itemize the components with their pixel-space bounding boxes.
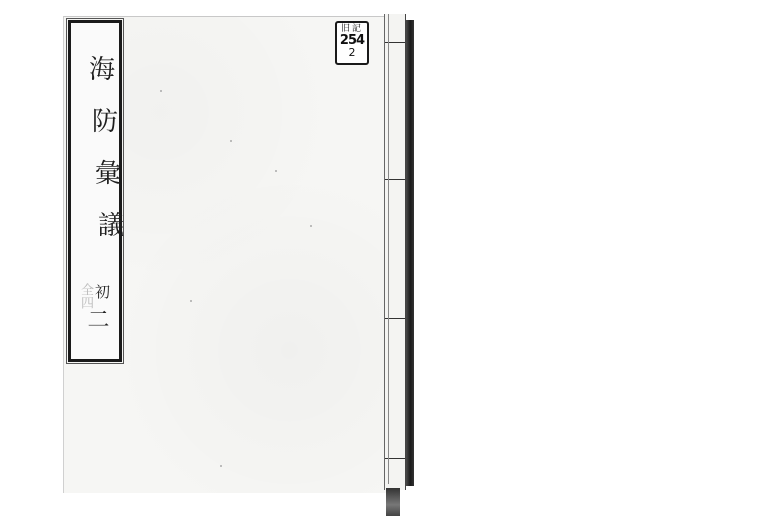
title-char: 彙	[95, 161, 121, 187]
paper-speck	[190, 300, 192, 302]
stamp-sub-number: 2	[349, 47, 356, 58]
book-title: 海 防 彙 議	[85, 57, 119, 239]
spine-bottom-tab	[386, 488, 400, 516]
volume-char: 二	[88, 310, 110, 332]
volume-label: 初 二	[95, 285, 110, 342]
title-char: 議	[98, 213, 124, 239]
paper-speck	[310, 225, 312, 227]
spine-fold-line	[388, 14, 389, 484]
paper-speck	[275, 170, 277, 172]
paper-speck	[230, 140, 232, 142]
spine-shadow	[405, 20, 414, 486]
scanned-book-image: 海 防 彙 議 全四 初 二 旧記 254 2	[0, 0, 768, 518]
volume-char: 初	[95, 285, 110, 300]
paper-speck	[220, 465, 222, 467]
library-stamp: 旧記 254 2	[335, 21, 369, 65]
paper-speck	[160, 90, 162, 92]
volume-total-note: 全四	[79, 283, 92, 309]
title-slip: 海 防 彙 議 全四 初 二	[68, 20, 122, 362]
title-char: 防	[92, 109, 118, 135]
title-char: 海	[89, 57, 115, 83]
